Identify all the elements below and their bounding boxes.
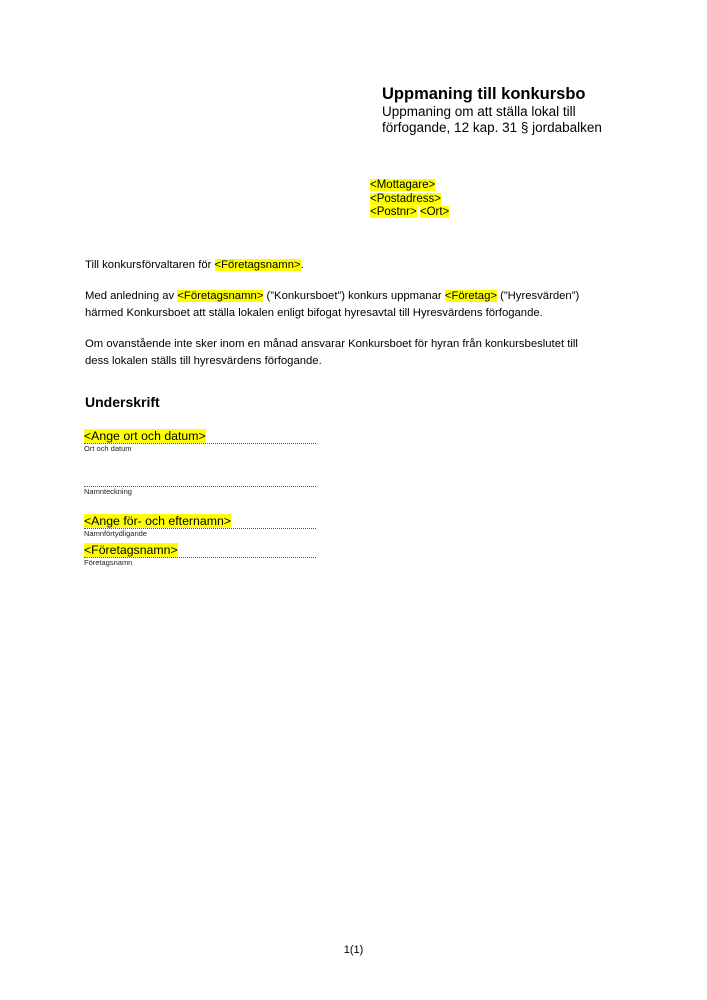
- signature-heading: Underskrift: [85, 394, 160, 410]
- company-name-placeholder[interactable]: <Företagsnamn>: [84, 543, 178, 557]
- recipient-address-placeholder[interactable]: <Postadress>: [370, 193, 441, 205]
- place-date-placeholder[interactable]: <Ange ort och datum>: [84, 429, 206, 443]
- document-subtitle-line2: förfogande, 12 kap. 31 § jordabalken: [382, 120, 602, 136]
- paragraph-liability: Om ovanstående inte sker inom en månad a…: [85, 336, 578, 370]
- document-header: Uppmaning till konkursbo Uppmaning om at…: [382, 84, 602, 136]
- paragraph-addressee: Till konkursförvaltaren för <Företagsnam…: [85, 257, 304, 274]
- landlord-company-placeholder[interactable]: <Företag>: [445, 290, 497, 302]
- recipient-name-placeholder[interactable]: <Mottagare>: [370, 179, 435, 191]
- company-name-placeholder[interactable]: <Företagsnamn>: [215, 259, 301, 271]
- company-name-placeholder[interactable]: <Företagsnamn>: [177, 290, 263, 302]
- signature-field-printed-name: <Ange för- och efternamn> Namnförtydliga…: [84, 514, 316, 539]
- signature-field-place-date: <Ange ort och datum> Ort och datum: [84, 429, 316, 454]
- field-caption: Namnteckning: [84, 487, 316, 497]
- field-caption: Företagsnamn: [84, 558, 316, 568]
- signature-field-company: <Företagsnamn> Företagsnamn: [84, 543, 316, 568]
- document-title: Uppmaning till konkursbo: [382, 84, 602, 104]
- full-name-placeholder[interactable]: <Ange för- och efternamn>: [84, 514, 231, 528]
- field-caption: Namnförtydligande: [84, 529, 316, 539]
- signature-field-signature: Namnteckning: [84, 486, 316, 497]
- field-caption: Ort och datum: [84, 444, 316, 454]
- page-number: 1(1): [0, 944, 707, 956]
- recipient-postal-code-placeholder[interactable]: <Postnr>: [370, 206, 417, 218]
- recipient-address-block: <Mottagare> <Postadress> <Postnr> <Ort>: [370, 179, 449, 220]
- document-subtitle-line1: Uppmaning om att ställa lokal till: [382, 104, 602, 120]
- recipient-city-placeholder[interactable]: <Ort>: [420, 206, 449, 218]
- paragraph-request: Med anledning av <Företagsnamn> (”Konkur…: [85, 288, 579, 322]
